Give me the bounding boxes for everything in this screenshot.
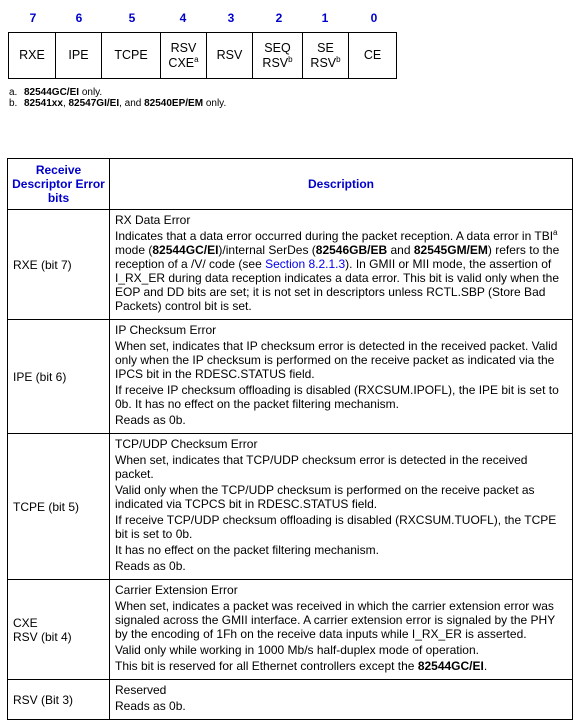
footnote-a: a.82544GC/EI only.	[9, 87, 226, 98]
bit-field-rsv: RSV	[207, 33, 253, 79]
bit-number: 7	[30, 11, 37, 25]
bit-number-row: 7 6 5 4 3 2 1 0	[9, 11, 397, 27]
bit-field-seq-rsv: SEQRSVb	[253, 33, 303, 79]
bit-layout-table: RXE IPE TCPE RSVCXEa RSV SEQRSVb SERSVb …	[8, 32, 397, 79]
row-description: Carrier Extension Error When set, indica…	[110, 580, 573, 680]
bit-number: 6	[76, 11, 83, 25]
table-header-row: Receive Descriptor Error bits Descriptio…	[8, 159, 573, 210]
bit-field-tcpe: TCPE	[102, 33, 161, 79]
bit-number: 0	[371, 11, 378, 25]
row-description: Reserved Reads as 0b.	[110, 680, 573, 720]
bit-number: 2	[276, 11, 283, 25]
table-row: IPE (bit 6) IP Checksum Error When set, …	[8, 320, 573, 434]
row-description: TCP/UDP Checksum Error When set, indicat…	[110, 434, 573, 580]
header-description: Description	[110, 159, 573, 210]
row-description: IP Checksum Error When set, indicates th…	[110, 320, 573, 434]
bit-number: 5	[129, 11, 136, 25]
row-name: RSV (Bit 3)	[8, 680, 110, 720]
bit-field-rxe: RXE	[9, 33, 56, 79]
bit-field-ce: CE	[349, 33, 397, 79]
bit-number: 3	[228, 11, 235, 25]
receive-descriptor-error-table: Receive Descriptor Error bits Descriptio…	[7, 158, 573, 720]
footnotes: a.82544GC/EI only. b.82541xx, 82547GI/EI…	[9, 87, 226, 109]
section-link[interactable]: Section 8.2.1.3	[265, 257, 345, 271]
bit-number: 1	[322, 11, 329, 25]
row-name: TCPE (bit 5)	[8, 434, 110, 580]
bit-field-se-rsv: SERSVb	[303, 33, 349, 79]
bit-field-ipe: IPE	[56, 33, 102, 79]
footnote-b: b.82541xx, 82547GI/EI, and 82540EP/EM on…	[9, 98, 226, 109]
row-name: RXE (bit 7)	[8, 210, 110, 320]
row-description: RX Data Error Indicates that a data erro…	[110, 210, 573, 320]
bit-number: 4	[180, 11, 187, 25]
table-row: RXE (bit 7) RX Data Error Indicates that…	[8, 210, 573, 320]
table-row: CXERSV (bit 4) Carrier Extension Error W…	[8, 580, 573, 680]
table-row: TCPE (bit 5) TCP/UDP Checksum Error When…	[8, 434, 573, 580]
bit-field-rsv-cxe: RSVCXEa	[161, 33, 207, 79]
header-error-bits: Receive Descriptor Error bits	[8, 159, 110, 210]
row-name: CXERSV (bit 4)	[8, 580, 110, 680]
row-name: IPE (bit 6)	[8, 320, 110, 434]
table-row: RSV (Bit 3) Reserved Reads as 0b.	[8, 680, 573, 720]
